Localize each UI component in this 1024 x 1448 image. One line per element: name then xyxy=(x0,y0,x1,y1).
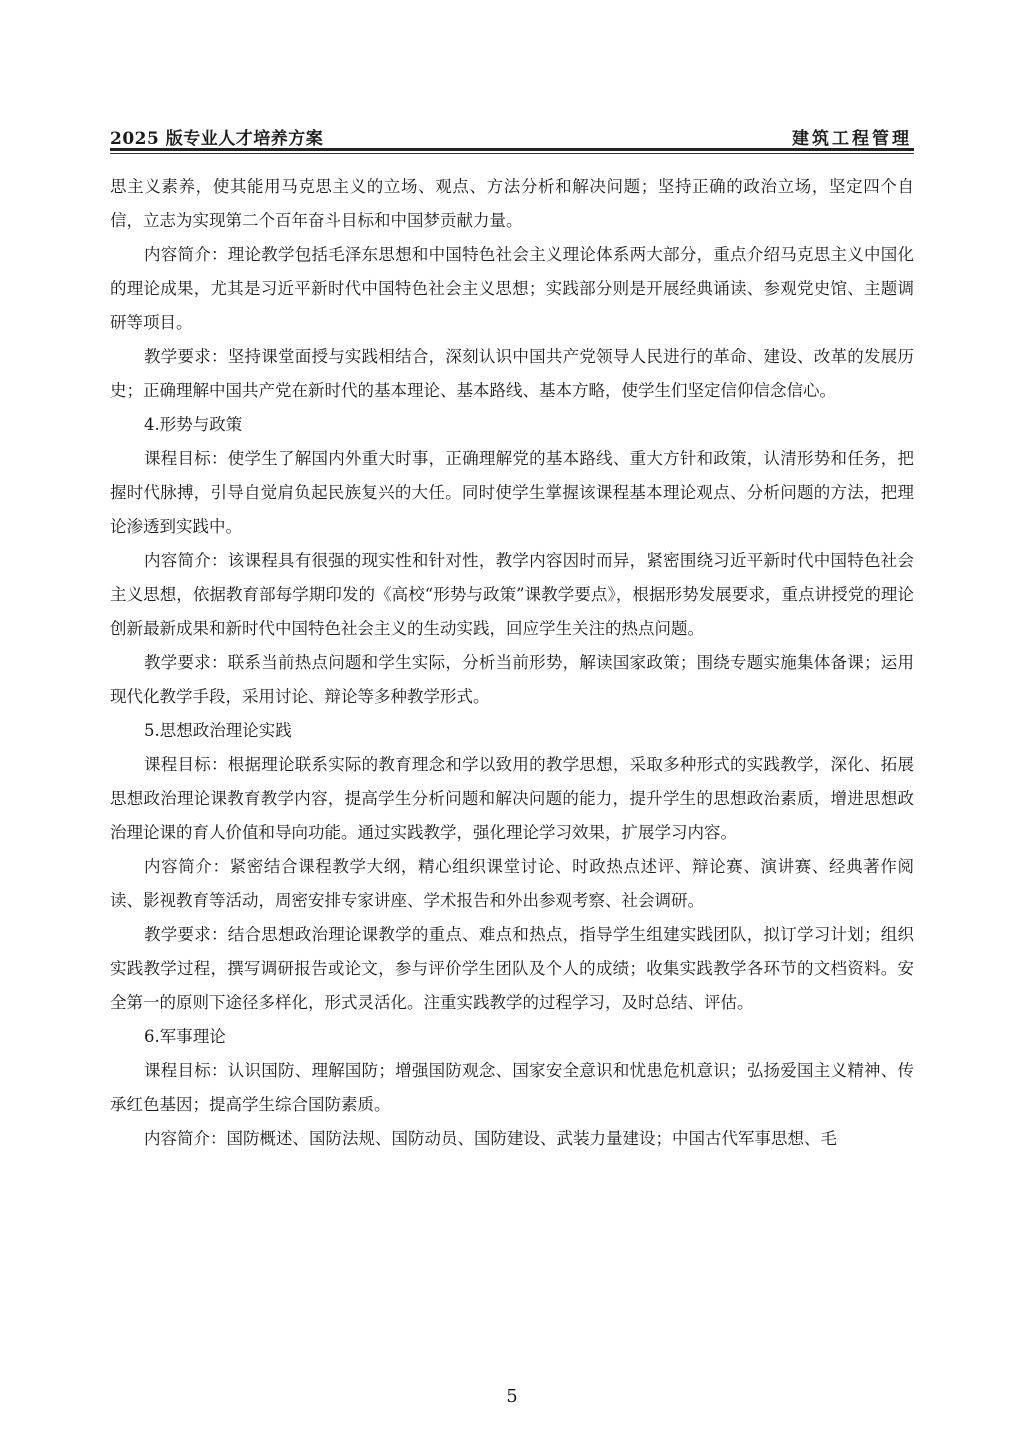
paragraph-teaching-requirements: 教学要求：坚持课堂面授与实践相结合，深刻认识中国共产党领导人民进行的革命、建设、… xyxy=(110,340,914,408)
section-title-situation-policy: 4.形势与政策 xyxy=(110,408,914,442)
header-rule-thick xyxy=(110,148,914,151)
paragraph-course-objective: 课程目标：认识国防、理解国防；增强国防观念、国家安全意识和忧患危机意识；弘扬爱国… xyxy=(110,1054,914,1122)
paragraph-continuation: 思主义素养，使其能用马克思主义的立场、观点、方法分析和解决问题；坚持正确的政治立… xyxy=(110,170,914,238)
paragraph-content-intro: 内容简介：理论教学包括毛泽东思想和中国特色社会主义理论体系两大部分，重点介绍马克… xyxy=(110,238,914,340)
header-program-name: 建筑工程管理 xyxy=(792,124,912,149)
header-rule-thin xyxy=(110,153,914,154)
page-number: 5 xyxy=(0,1386,1024,1407)
page-header: 2025 版专业人才培养方案 建筑工程管理 xyxy=(110,118,914,146)
header-document-title: 2025 版专业人才培养方案 xyxy=(110,124,323,149)
paragraph-teaching-requirements: 教学要求：联系当前热点问题和学生实际，分析当前形势，解读国家政策；围绕专题实施集… xyxy=(110,646,914,714)
paragraph-content-intro: 内容简介：紧密结合课程教学大纲，精心组织课堂讨论、时政热点述评、辩论赛、演讲赛、… xyxy=(110,850,914,918)
paragraph-course-objective: 课程目标：根据理论联系实际的教育理念和学以致用的教学思想，采取多种形式的实践教学… xyxy=(110,748,914,850)
paragraph-content-intro: 内容简介：该课程具有很强的现实性和针对性，教学内容因时而异，紧密围绕习近平新时代… xyxy=(110,544,914,646)
paragraph-teaching-requirements: 教学要求：结合思想政治理论课教学的重点、难点和热点，指导学生组建实践团队，拟订学… xyxy=(110,918,914,1020)
page-body: 思主义素养，使其能用马克思主义的立场、观点、方法分析和解决问题；坚持正确的政治立… xyxy=(110,170,914,1156)
paragraph-course-objective: 课程目标：使学生了解国内外重大时事，正确理解党的基本路线、重大方针和政策，认清形… xyxy=(110,442,914,544)
paragraph-content-intro: 内容简介：国防概述、国防法规、国防动员、国防建设、武装力量建设；中国古代军事思想… xyxy=(110,1122,914,1156)
section-title-ideological-practice: 5.思想政治理论实践 xyxy=(110,714,914,748)
section-title-military-theory: 6.军事理论 xyxy=(110,1020,914,1054)
